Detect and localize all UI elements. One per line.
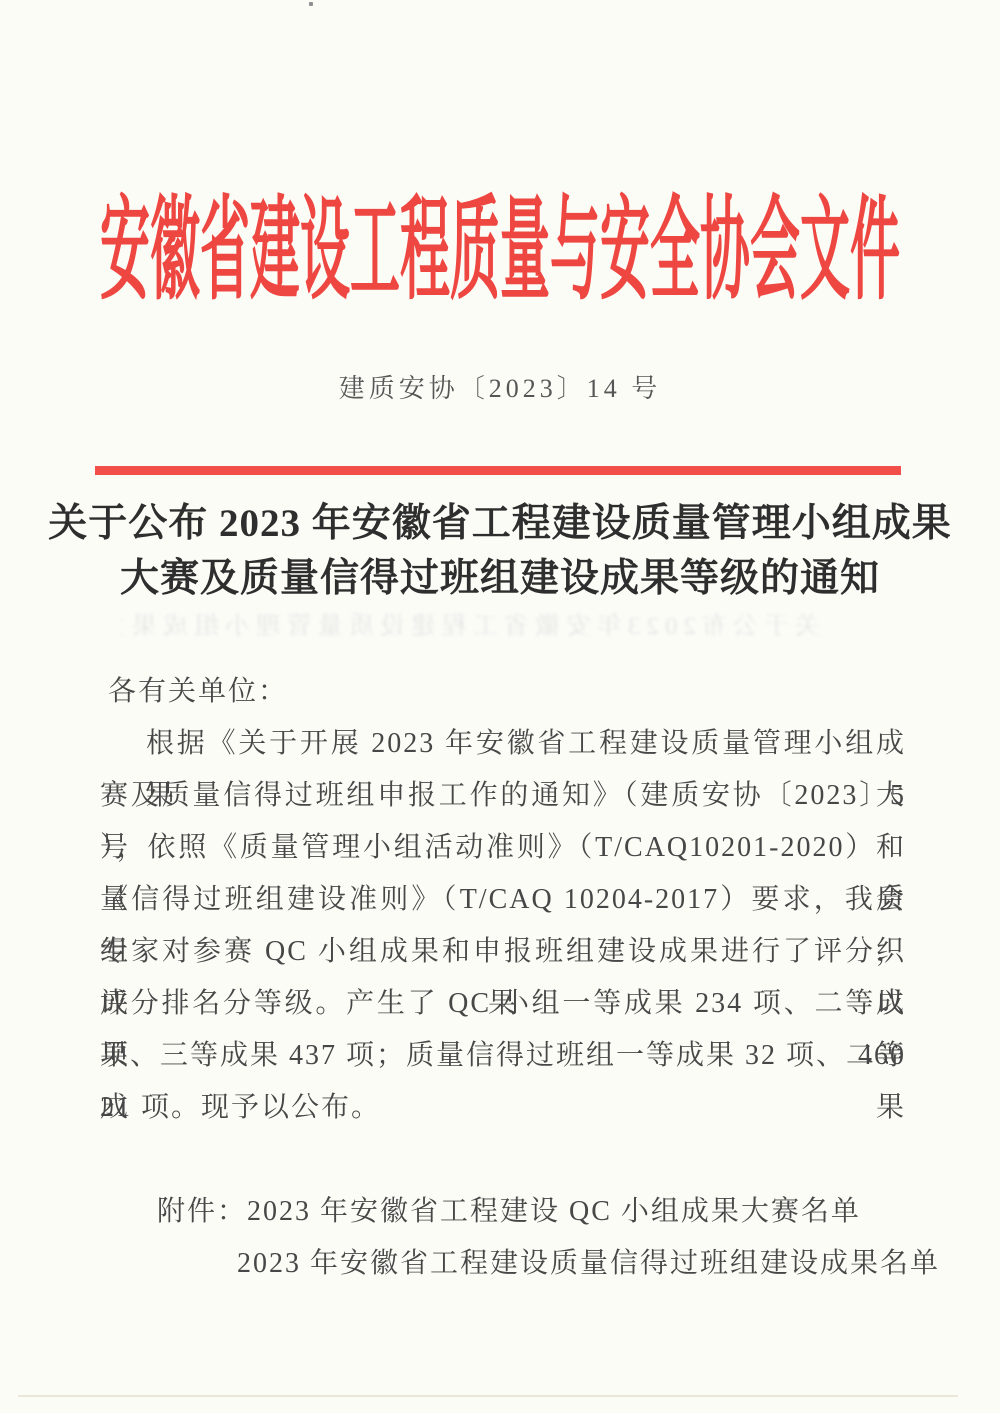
document-title: 关于公布 2023 年安徽省工程建设质量管理小组成果 大赛及质量信得过班组建设成… [0,496,1000,606]
blank-line [100,1134,906,1186]
letterhead-org-title: 安徽省建设工程质量与安全协会文件 [0,190,1000,314]
body-line: 项、三等成果 437 项；质量信得过班组一等成果 32 项、二等成果 [100,1030,906,1082]
salutation: 各有关单位： [100,666,906,718]
scan-bottom-shadow [18,1395,958,1397]
red-divider-rule [95,466,901,475]
body-line: 赛及质量信得过班组申报工作的通知》（建质安协〔2023〕5 号 [100,770,906,822]
attachment-line-1: 附件：2023 年安徽省工程建设 QC 小组成果大赛名单 [100,1186,906,1238]
body-line: 评分排名分等级。产生了 QC 小组一等成果 234 项、二等成果 460 [100,978,906,1030]
body-line: 根据《关于开展 2023 年安徽省工程建设质量管理小组成果大 [100,718,906,770]
document-title-line2: 大赛及质量信得过班组建设成果等级的通知 [0,551,1000,606]
body-line: ），依照《质量管理小组活动准则》（T/CAQ10201-2020）和《质 [100,822,906,874]
bleed-through-text: 关于公布2023年安徽省工程建设质量管理小组成果大赛 [120,606,820,642]
body-line: 量信得过班组建设准则》（T/CAQ 10204-2017）要求，我会组织 [100,874,906,926]
attachment-line-2: 2023 年安徽省工程建设质量信得过班组建设成果名单 [100,1238,906,1290]
document-title-line1: 关于公布 2023 年安徽省工程建设质量管理小组成果 [0,496,1000,551]
document-number: 建质安协〔2023〕14 号 [0,368,1000,405]
document-page: 安徽省建设工程质量与安全协会文件 建质安协〔2023〕14 号 关于公布 202… [0,0,1000,1413]
document-body: 各有关单位： 根据《关于开展 2023 年安徽省工程建设质量管理小组成果大 赛及… [100,666,906,1290]
body-line: 专家对参赛 QC 小组成果和申报班组建设成果进行了评分，成果以 [100,926,906,978]
scan-speck [309,2,313,6]
